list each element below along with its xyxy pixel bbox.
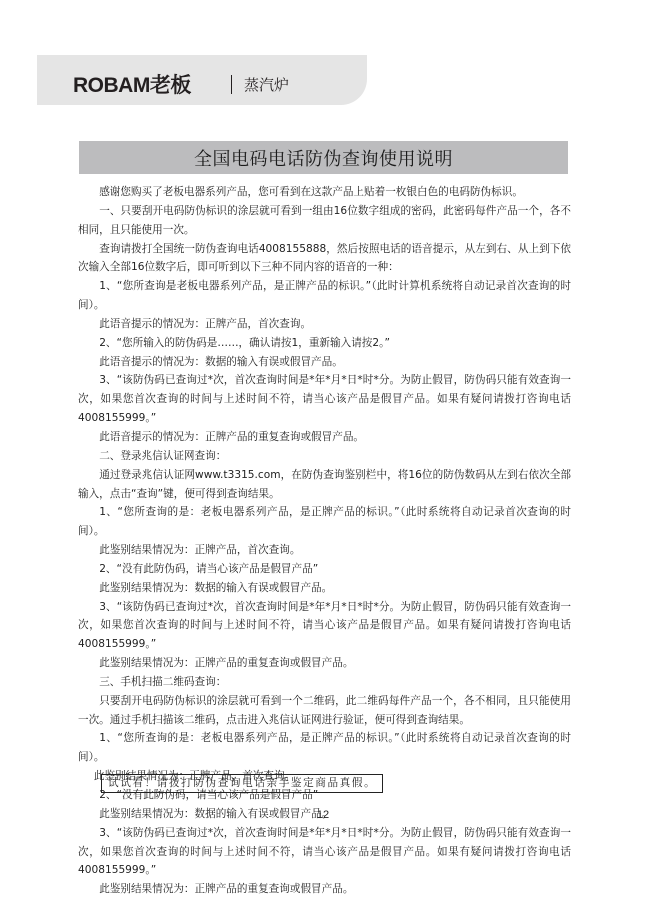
paragraph: 2、“没有此防伪码，请当心该产品是假冒产品” <box>78 560 571 579</box>
paragraph: 1、“您所查询的是：老板电器系列产品，是正牌产品的标识。”（此时系统将自动记录首… <box>78 729 571 767</box>
brand-logo: ROBAM老板 <box>73 74 191 98</box>
notice-box: 试试看！请拨打防伪查询电话亲手鉴定商品真假。 <box>101 774 383 793</box>
paragraph: 此语音提示的情况为：正牌产品的重复查询或假冒产品。 <box>78 428 571 447</box>
paragraph: 只要刮开电码防伪标识的涂层就可看到一个二维码，此二维码每件产品一个，各不相同，且… <box>78 692 571 730</box>
section-heading: 二、登录兆信认证网查询： <box>78 447 571 466</box>
paragraph: 3、“该防伪码已查询过*次，首次查询时间是*年*月*日*时*分。为防止假冒，防伪… <box>78 371 571 428</box>
product-category: 蒸汽炉 <box>244 74 289 96</box>
section-heading: 三、手机扫描二维码查询： <box>78 673 571 692</box>
paragraph: 通过登录兆信认证网www.t3315.com，在防伪查询鉴别栏中，将16位的防伪… <box>78 466 571 504</box>
paragraph: 此语音提示的情况为：数据的输入有误或假冒产品。 <box>78 353 571 372</box>
paragraph: 此鉴别结果情况为：数据的输入有误或假冒产品。 <box>78 579 571 598</box>
header-separator <box>231 75 232 94</box>
page-title: 全国电码电话防伪查询使用说明 <box>194 145 453 171</box>
paragraph: 2、“您所输入的防伪码是……，确认请按1，重新输入请按2。” <box>78 334 571 353</box>
paragraph: 查询请拨打全国统一防伪查询电话4008155888，然后按照电话的语音提示，从左… <box>78 240 571 278</box>
paragraph: 一、只要刮开电码防伪标识的涂层就可看到一组由16位数字组成的密码，此密码每件产品… <box>78 202 571 240</box>
title-bar: 全国电码电话防伪查询使用说明 <box>79 141 568 174</box>
paragraph: 此鉴别结果情况为：正牌产品，首次查询。 <box>78 541 571 560</box>
paragraph: 感谢您购买了老板电器系列产品，您可看到在这款产品上贴着一枚银白色的电码防伪标识。 <box>78 183 571 202</box>
paragraph: 3、“该防伪码已查询过*次，首次查询时间是*年*月*日*时*分。为防止假冒，防伪… <box>78 824 571 881</box>
paragraph: 此鉴别结果情况为：正牌产品的重复查询或假冒产品。 <box>78 880 571 899</box>
page-number: 12 <box>0 809 646 821</box>
paragraph: 1、“您所查询的是：老板电器系列产品，是正牌产品的标识。”（此时系统将自动记录首… <box>78 503 571 541</box>
paragraph: 此语音提示的情况为：正牌产品，首次查询。 <box>78 315 571 334</box>
paragraph: 1、“您所查询是老板电器系列产品，是正牌产品的标识。”（此时计算机系统将自动记录… <box>78 277 571 315</box>
paragraph: 此鉴别结果情况为：正牌产品的重复查询或假冒产品。 <box>78 654 571 673</box>
paragraph: 3、“该防伪码已查询过*次，首次查询时间是*年*月*日*时*分。为防止假冒，防伪… <box>78 598 571 655</box>
